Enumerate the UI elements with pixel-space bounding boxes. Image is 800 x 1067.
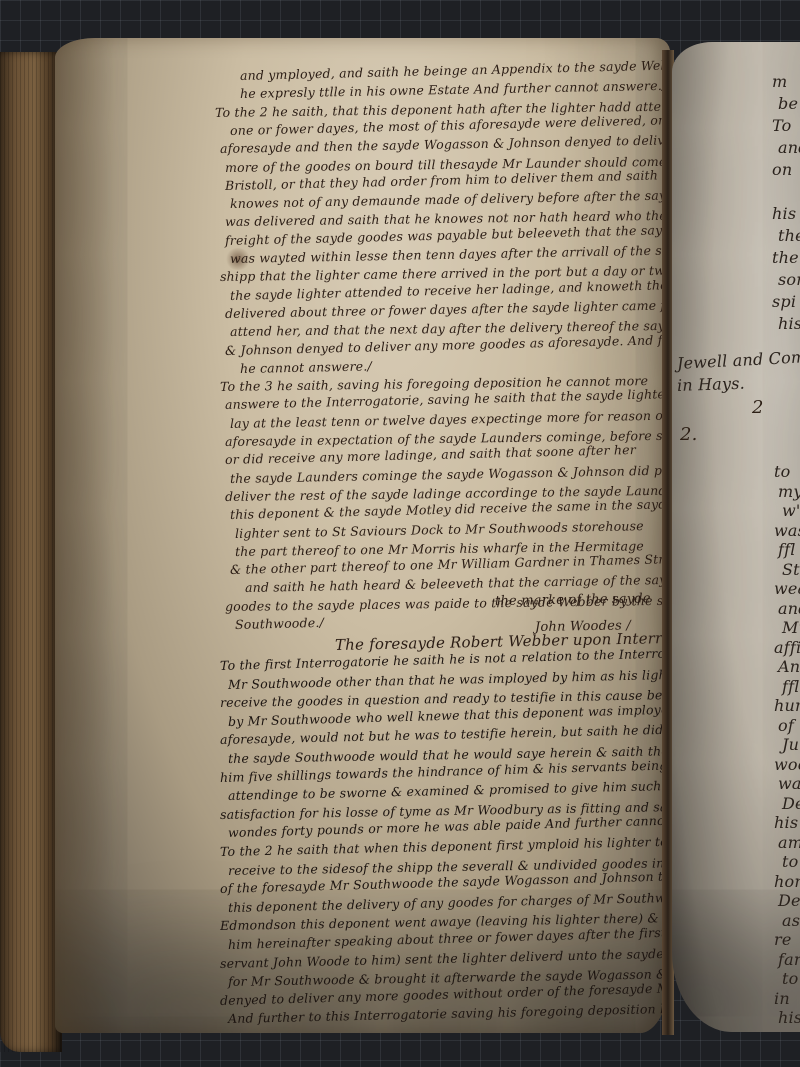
right-page-fragment: ffl [782,677,800,696]
right-page-fragment: far [778,950,800,969]
right-page-fragment: June [782,735,800,754]
right-page-fragment: hum' [774,696,800,715]
page-number-mark: 2. [680,424,698,445]
right-page-fragment: re [774,930,792,949]
right-page-fragment: to [774,462,790,481]
right-page-fragment: spi [772,292,796,311]
book-fore-edge [0,52,62,1052]
margin-note: Jewell and Company [677,345,800,373]
right-page-fragment: to [782,969,798,988]
right-page-fragment: his [772,204,796,223]
margin-note: in Hays. [677,374,746,395]
right-page-fragment: be [778,94,798,113]
right-page-fragment: m [772,72,787,91]
page-number-mark: 2 [752,397,764,418]
right-page-fragment: in [774,989,790,1008]
right-page-fragment: ffl [778,540,796,559]
manuscript-page-left: and ymployed, and saith he beinge an App… [55,38,670,1033]
right-page-fragment: Dep [782,794,800,813]
right-page-fragment: the [772,248,799,267]
right-page-fragment: som [778,270,800,289]
manuscript-page-right-fragment: mbeToandonhisthethesomspihisJewell and C… [672,42,800,1032]
right-page-fragment: w' [782,501,800,520]
right-page-fragment: To [772,116,791,135]
right-page-fragment: as [782,911,800,930]
right-page-fragment: of [778,716,794,735]
right-page-fragment: and [778,138,800,157]
right-page-fragment: his [774,813,798,832]
manuscript-line: Southwoode./ [235,615,324,632]
right-page-fragment: on [772,160,792,179]
right-page-fragment: Sti [782,560,800,579]
right-page-fragment: was [778,774,800,793]
right-page-fragment: Mu [782,618,800,637]
right-page-fragment: amo [778,833,800,852]
right-page-fragment: the [778,226,800,245]
right-page-fragment: my [778,482,800,501]
manuscript-line: he cannot answere./ [240,358,372,376]
manuscript-line: he expresly ttlle in his owne Estate And… [240,78,667,101]
signature-mark: the marke of the sayde [495,591,651,609]
right-page-fragment: wea [774,579,800,598]
right-page-fragment: to [782,852,798,871]
right-page-fragment: affi [774,638,800,657]
right-page-fragment: was [774,521,800,540]
right-page-fragment: his [778,314,800,333]
manuscript-line: lighter sent to St Saviours Dock to Mr S… [235,518,644,541]
right-page-fragment: woor [774,755,800,774]
right-page-fragment: And [778,657,800,676]
right-page-fragment: Dep [778,891,800,910]
right-page-fragment: home [774,872,800,891]
right-page-fragment: his [778,1008,800,1027]
right-page-fragment: and [778,599,800,618]
